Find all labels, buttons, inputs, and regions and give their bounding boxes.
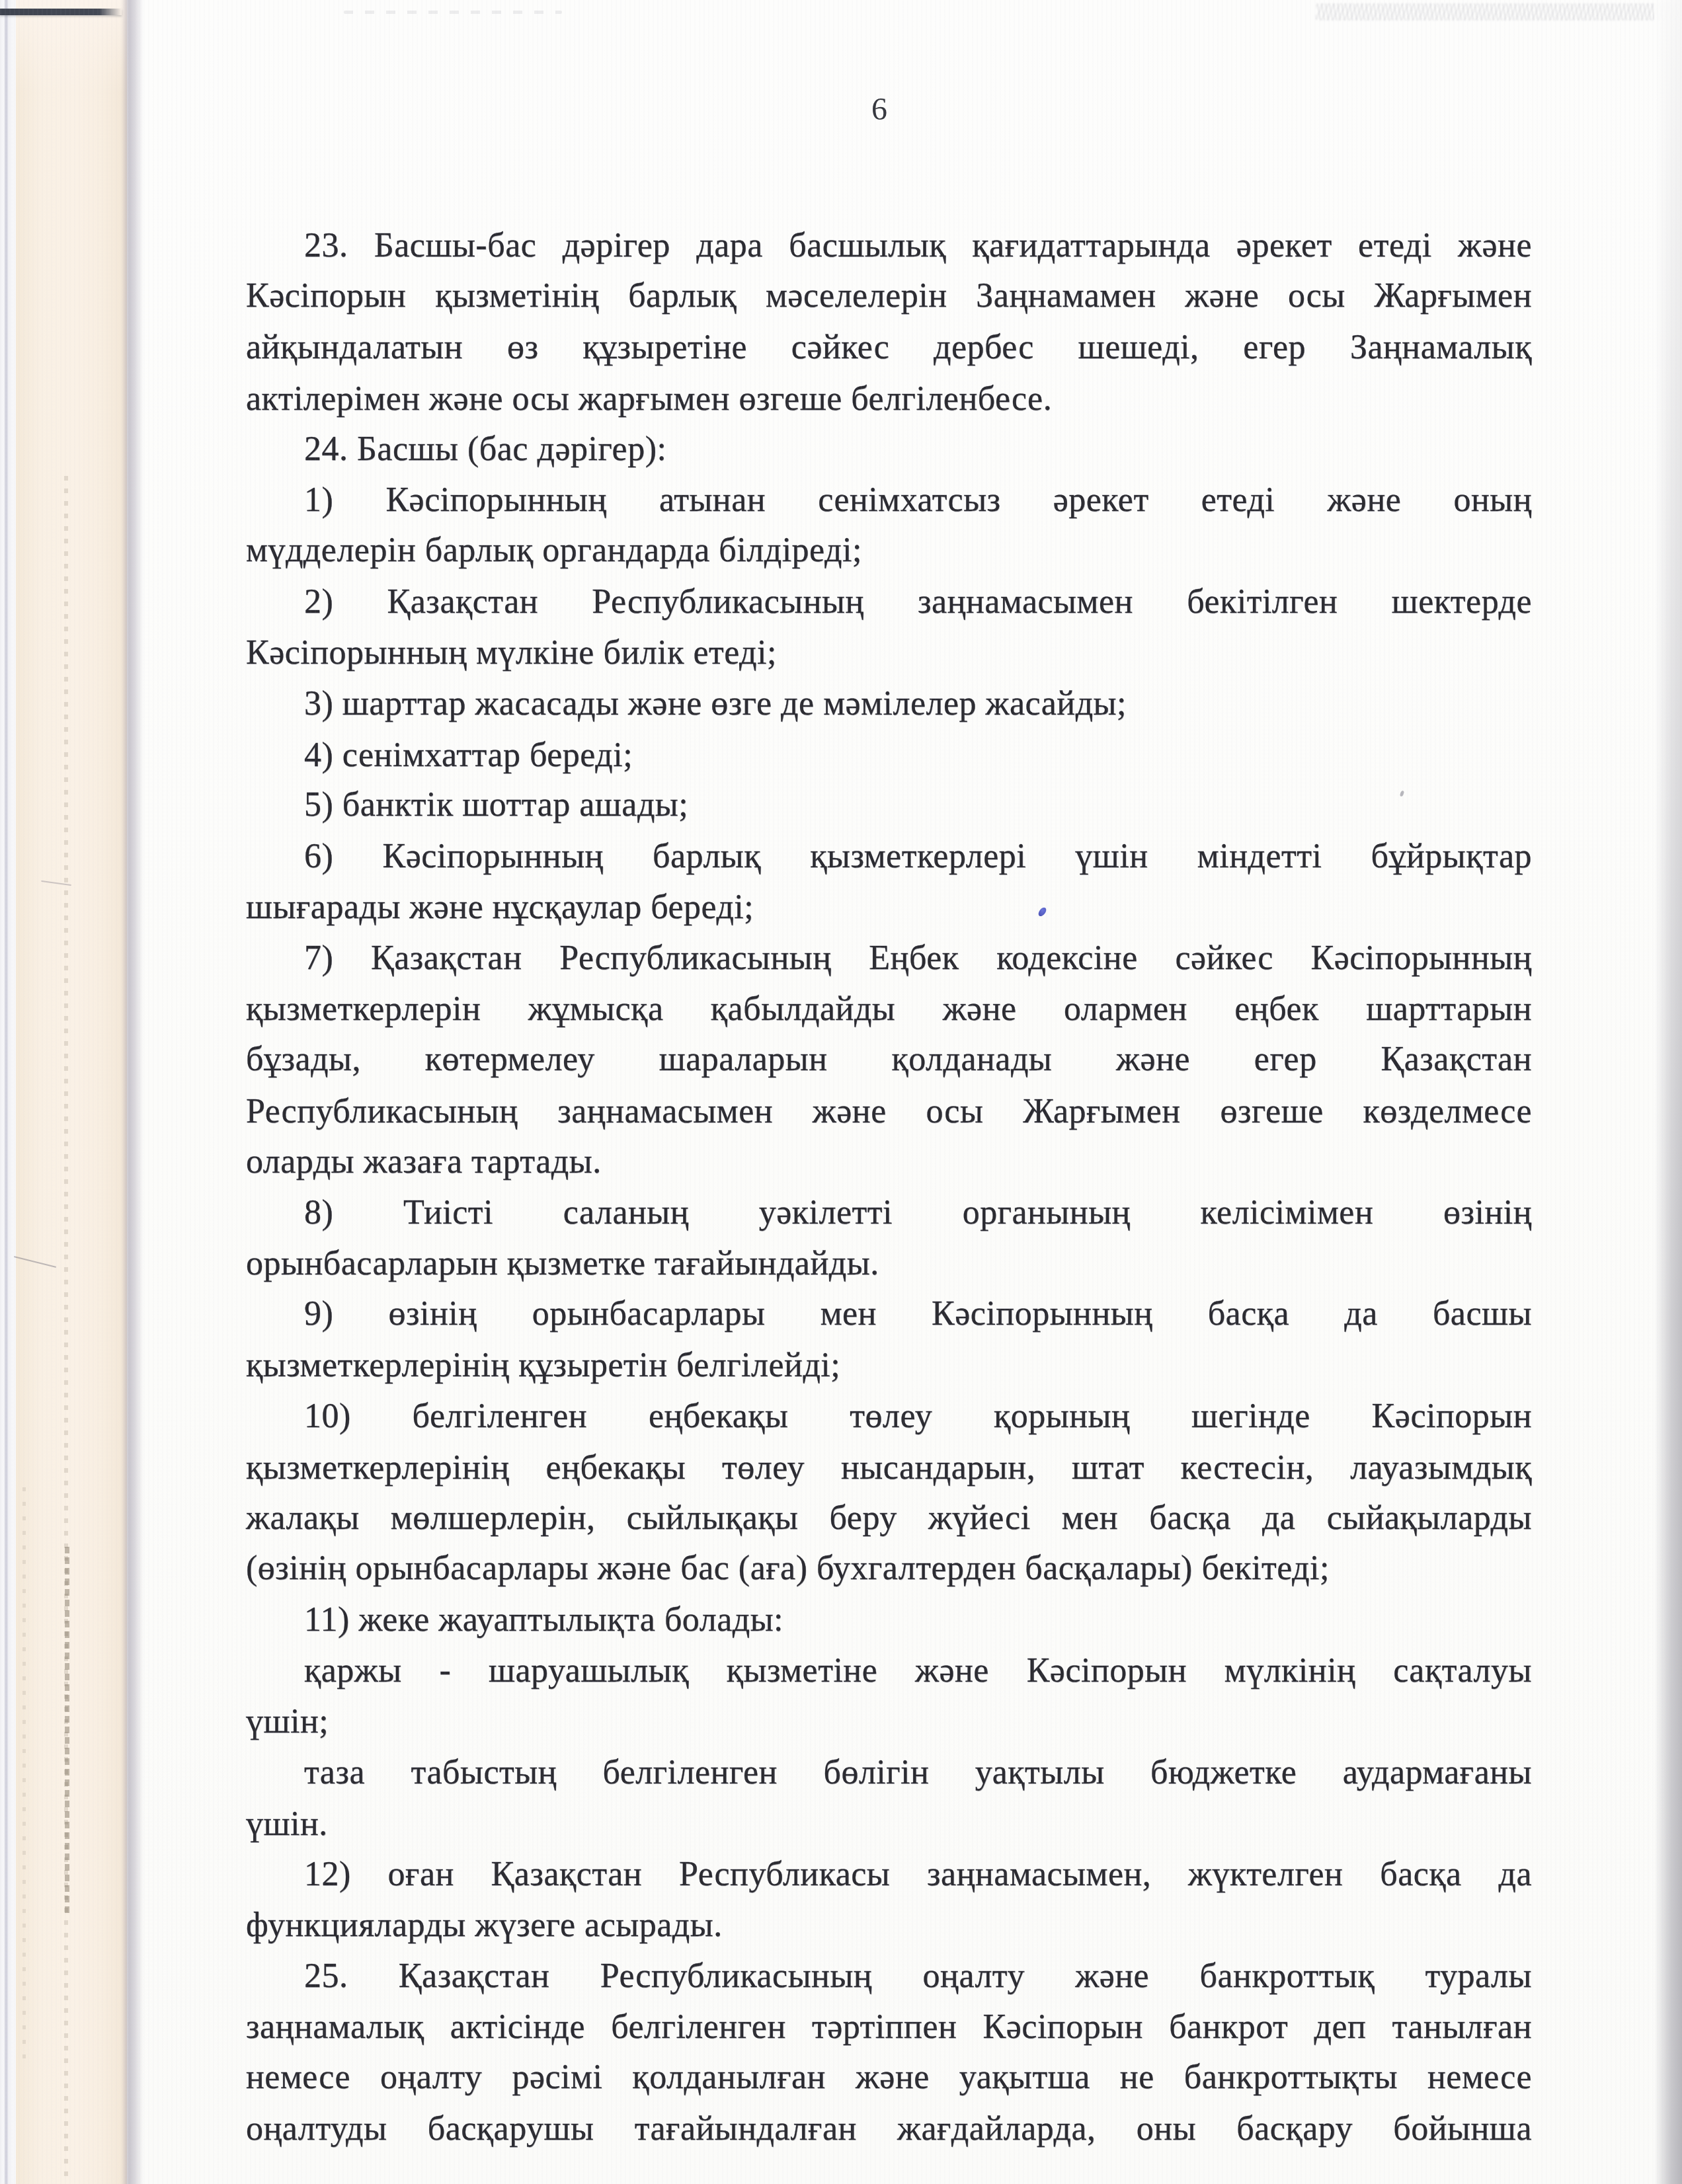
text-line: Кәсіпорын қызметінің барлық мәселелерін … [246,270,1532,321]
scan-left-margin [0,0,17,2184]
text-line: айқындалатын өз құзыретіне сәйкес дербес… [246,322,1532,373]
text-line: оларды жазаға тартады. [246,1136,1532,1187]
text-line-content: 1) Кәсіпорынның атынан сенімхатсыз әреке… [304,481,1532,519]
text-line: бұзады, көтермелеу шараларын қолданады ж… [246,1034,1532,1085]
text-line-content: 3) шарттар жасасады және өзге де мәмілел… [304,685,1127,722]
text-line: қаржы - шаруашылық қызметіне және Кәсіпо… [246,1645,1532,1696]
text-line-content: Республикасының заңнамасымен және осы Жа… [246,1093,1532,1130]
text-line-content: мүдделерін барлық органдарда білдіреді; [246,531,862,569]
text-line-content: оларды жазаға тартады. [246,1143,602,1181]
scan-paper-edge-strip [16,0,127,2184]
text-line-content: 5) банктік шоттар ашады; [304,786,688,824]
text-line-content: 10) белгіленген еңбекақы төлеу қорының ш… [304,1397,1532,1435]
scanned-document-page: 6 23. Басшы-бас дәрігер дара басшылық қа… [0,0,1682,2184]
text-line-content: қызметкерлерінің құзыретін белгілейді; [246,1346,840,1384]
text-line: 1) Кәсіпорынның атынан сенімхатсыз әреке… [246,475,1532,526]
text-line-content: бұзады, көтермелеу шараларын қолданады ж… [246,1040,1532,1078]
text-line: 9) өзінің орынбасарлары мен Кәсіпорынның… [246,1288,1532,1339]
scan-speckle-line [64,476,68,2184]
text-line: 6) Кәсіпорынның барлық қызметкерлері үші… [246,831,1532,882]
text-line: 23. Басшы-бас дәрігер дара басшылық қағи… [246,220,1532,271]
text-line-content: функцияларды жүзеге асырады. [246,1906,723,1944]
text-line: функцияларды жүзеге асырады. [246,1900,1532,1951]
scan-speckle-line [65,1547,69,1917]
text-line: қызметкерлерін жұмысқа қабылдайды және о… [246,984,1532,1034]
text-line-content: қызметкерлерін жұмысқа қабылдайды және о… [246,990,1532,1028]
text-line: қызметкерлерінің құзыретін белгілейді; [246,1340,1532,1391]
text-line-content: қаржы - шаруашылық қызметіне және Кәсіпо… [304,1652,1532,1690]
text-line-content: Кәсіпорын қызметінің барлық мәселелерін … [246,277,1532,315]
text-line: 3) шарттар жасасады және өзге де мәмілел… [246,678,1532,729]
text-line: 7) Қазақстан Республикасының Еңбек кодек… [246,933,1532,984]
text-line-content: 25. Қазақстан Республикасының оңалту жән… [304,1957,1532,1995]
text-line-content: 9) өзінің орынбасарлары мен Кәсіпорынның… [304,1295,1532,1333]
text-line: шығарады және нұсқаулар береді; [246,882,1532,933]
text-line-content: 24. Басшы (бас дәрігер): [304,430,666,468]
text-line-content: таза табыстың белгіленген бөлігін уақтыл… [304,1754,1532,1791]
text-line-content: орынбасарларын қызметке тағайындайды. [246,1245,879,1282]
text-line: 8) Тиісті саланың уәкілетті органының ке… [246,1187,1532,1238]
text-line: (өзінің орынбасарлары және бас (аға) бух… [246,1543,1532,1594]
text-line: Республикасының заңнамасымен және осы Жа… [246,1086,1532,1137]
text-line-content: немесе оңалту рәсімі қолданылған және уа… [246,2058,1532,2096]
text-line-content: актілерімен және осы жарғымен өзгеше бел… [246,380,1052,418]
text-line-content: оңалтуды басқарушы тағайындалған жағдайл… [246,2110,1532,2148]
text-line: 12) оған Қазақстан Республикасы заңнамас… [246,1849,1532,1900]
scan-right-edge-shadow [1654,0,1682,2184]
text-line: заңнамалық актісінде белгіленген тәртіпп… [246,2002,1532,2052]
document-text: 23. Басшы-бас дәрігер дара басшылық қағи… [246,220,1532,2154]
scan-edge-shadow [121,0,143,2184]
text-line-content: (өзінің орынбасарлары және бас (аға) бух… [246,1549,1330,1587]
text-line: Кәсіпорынның мүлкіне билік етеді; [246,627,1532,678]
text-line-content: 2) Қазақстан Республикасының заңнамасыме… [304,583,1532,621]
text-line: 11) жеке жауаптылықта болады: [246,1594,1532,1645]
text-line: мүдделерін барлық органдарда білдіреді; [246,525,1532,576]
text-line-content: шығарады және нұсқаулар береді; [246,888,754,926]
scan-speckle-line [22,1487,26,2069]
text-line: таза табыстың белгіленген бөлігін уақтыл… [246,1747,1532,1798]
text-line: актілерімен және осы жарғымен өзгеше бел… [246,373,1532,424]
text-line: орынбасарларын қызметке тағайындайды. [246,1238,1532,1289]
text-line-content: заңнамалық актісінде белгіленген тәртіпп… [246,2008,1532,2046]
text-line-content: 6) Кәсіпорынның барлық қызметкерлері үші… [304,838,1532,875]
text-line: үшін; [246,1696,1532,1747]
text-line: үшін. [246,1799,1532,1850]
text-line-content: 8) Тиісті саланың уәкілетті органының ке… [304,1194,1532,1231]
text-line: 10) белгіленген еңбекақы төлеу қорының ш… [246,1391,1532,1442]
text-line-content: қызметкерлерінің еңбекақы төлеу нысандар… [246,1449,1532,1487]
text-line-content: 23. Басшы-бас дәрігер дара басшылық қағи… [304,227,1532,264]
text-line: 4) сенімхаттар береді; [246,730,1532,781]
scan-top-right-texture [1316,3,1682,20]
text-line: 2) Қазақстан Республикасының заңнамасыме… [246,576,1532,627]
scan-top-edge-artifact [0,9,122,15]
page-number: 6 [871,94,888,126]
text-line-content: айқындалатын өз құзыретіне сәйкес дербес… [246,329,1532,366]
text-line: оңалтуды басқарушы тағайындалған жағдайл… [246,2103,1532,2154]
text-line-content: жалақы мөлшерлерін, сыйлықақы беру жүйес… [246,1499,1532,1537]
text-line: немесе оңалту рәсімі қолданылған және уа… [246,2052,1532,2103]
text-line-content: 4) сенімхаттар береді; [304,736,633,774]
text-line: жалақы мөлшерлерін, сыйлықақы беру жүйес… [246,1493,1532,1543]
text-line-content: 12) оған Қазақстан Республикасы заңнамас… [304,1855,1532,1893]
text-line: 5) банктік шоттар ашады; [246,779,1532,830]
text-line: қызметкерлерінің еңбекақы төлеу нысандар… [246,1442,1532,1493]
text-line: 24. Басшы (бас дәрігер): [246,424,1532,475]
text-line-content: Кәсіпорынның мүлкіне билік етеді; [246,634,777,672]
text-line-content: үшін. [246,1805,328,1843]
text-line-content: 7) Қазақстан Республикасының Еңбек кодек… [304,939,1532,977]
text-line: 25. Қазақстан Республикасының оңалту жән… [246,1951,1532,2002]
text-line-content: үшін; [246,1703,329,1740]
text-line-content: 11) жеке жауаптылықта болады: [304,1601,783,1639]
scan-top-smudge [344,11,562,14]
